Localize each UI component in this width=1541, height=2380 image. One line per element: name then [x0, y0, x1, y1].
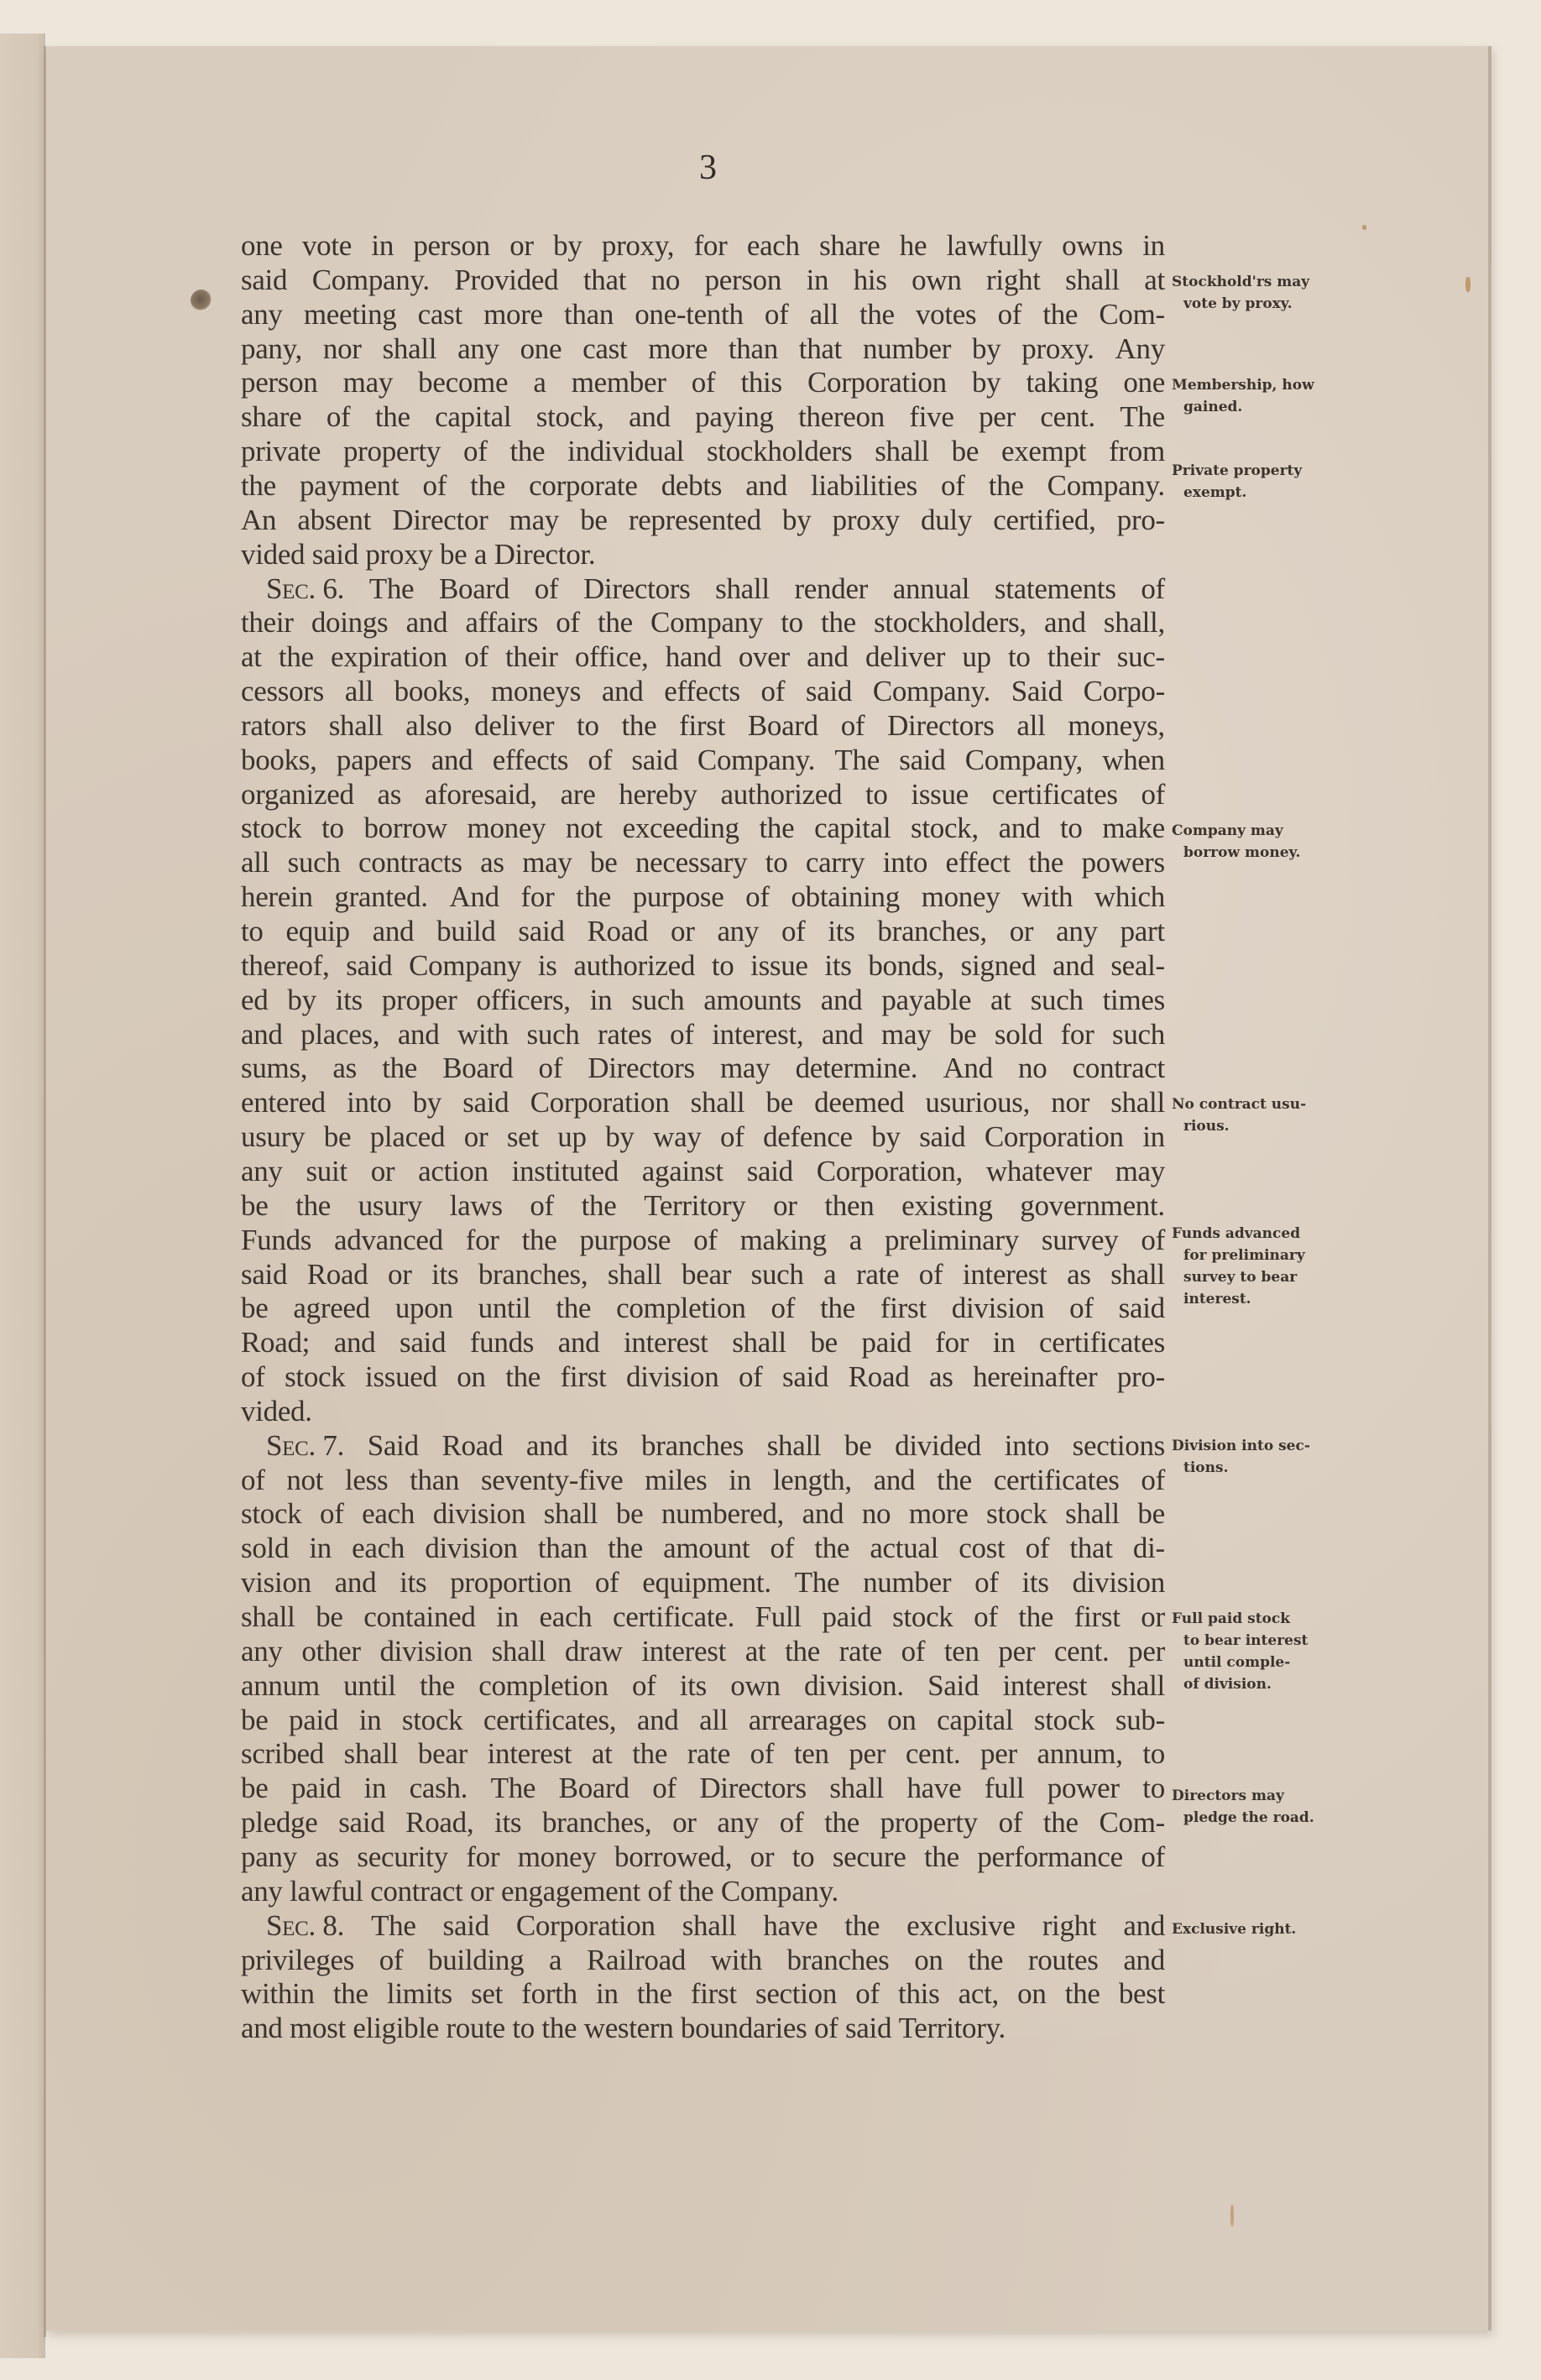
text-line: any lawful contract or engagement of the…: [241, 1874, 1165, 1908]
text-line: usurybeplacedorsetupbywayofdefencebysaid…: [241, 1120, 1165, 1154]
text-line: annumuntilthecompletionofitsowndivision.…: [241, 1668, 1165, 1703]
previous-page-edge: [0, 34, 45, 2358]
binding-hole: [191, 290, 212, 311]
text-line: visionanditsproportionofequipment.Thenum…: [241, 1565, 1165, 1600]
text-line: and most eligible route to the western b…: [241, 2011, 1165, 2045]
margin-note: Exclusive right.: [1172, 1918, 1348, 1940]
margin-note-line: interest.: [1172, 1288, 1348, 1310]
text-line: organizedasaforesaid,areherebyauthorized…: [241, 777, 1165, 812]
margin-note-line: tions.: [1172, 1457, 1348, 1479]
section-label: Sec. 7.: [266, 1428, 344, 1463]
margin-note: Directors maypledge the road.: [1172, 1785, 1348, 1829]
margin-note-line: No contract usu-: [1172, 1093, 1348, 1115]
margin-note-line: Membership, how: [1172, 374, 1348, 396]
margin-note: Stockhold'rs mayvote by proxy.: [1172, 271, 1348, 315]
text-line: saidCompany.Providedthatnopersoninhisown…: [241, 263, 1165, 297]
text-line: sums,astheBoardofDirectorsmaydetermine.A…: [241, 1051, 1165, 1085]
text-line: allsuchcontractsasmaybenecessarytocarryi…: [241, 845, 1165, 879]
margin-note-line: Funds advanced: [1172, 1223, 1348, 1245]
margin-note-line: of division.: [1172, 1673, 1348, 1695]
paper-stain: [1362, 225, 1366, 230]
text-line: shallbecontainedineachcertificate.Fullpa…: [241, 1600, 1165, 1634]
page-number: 3: [699, 148, 717, 188]
margin-note-line: exempt.: [1172, 482, 1348, 504]
margin-note-line: Company may: [1172, 820, 1348, 842]
paper-stain: [1465, 277, 1470, 292]
text-line: vided said proxy be a Director.: [241, 537, 1165, 572]
margin-note-line: Private property: [1172, 460, 1348, 482]
text-line: bepaidincash.TheBoardofDirectorsshallhav…: [241, 1771, 1165, 1805]
margin-note-line: Full paid stock: [1172, 1608, 1348, 1630]
margin-note-line: Division into sec-: [1172, 1435, 1348, 1457]
text-line: stockofeachdivisionshallbenumbered,andno…: [241, 1496, 1165, 1531]
text-line: anyotherdivisionshalldrawinterestatthera…: [241, 1634, 1165, 1668]
margin-note: Division into sec-tions.: [1172, 1435, 1348, 1479]
text-line: edbyitsproperofficers,insuchamountsandpa…: [241, 983, 1165, 1017]
margin-note-line: to bear interest: [1172, 1630, 1348, 1652]
text-line: enteredintobysaidCorporationshallbedeeme…: [241, 1085, 1165, 1120]
text-line: ratorsshallalsodelivertothefirstBoardofD…: [241, 708, 1165, 743]
margin-note: No contract usu-rious.: [1172, 1093, 1348, 1137]
text-line: pany,norshallanyonecastmorethanthatnumbe…: [241, 331, 1165, 366]
margin-note-line: pledge the road.: [1172, 1807, 1348, 1829]
margin-note-line: Exclusive right.: [1172, 1918, 1348, 1940]
paper-stain: [1230, 2205, 1234, 2226]
text-line: vided.: [241, 1394, 1165, 1428]
section-label: Sec. 6.: [266, 572, 344, 606]
margin-note: Full paid stockto bear interestuntil com…: [1172, 1608, 1348, 1695]
text-line: ofstockissuedonthefirstdivisionofsaidRoa…: [241, 1360, 1165, 1394]
text-line: Sec. 6.TheBoardofDirectorsshallrenderann…: [241, 572, 1165, 606]
text-line: AnabsentDirectormayberepresentedbyproxyd…: [241, 503, 1165, 537]
margin-note: Membership, howgained.: [1172, 374, 1348, 418]
section-label: Sec. 8.: [266, 1908, 344, 1943]
text-line: betheusurylawsoftheTerritoryorthenexisti…: [241, 1188, 1165, 1223]
margin-note: Private propertyexempt.: [1172, 460, 1348, 504]
text-line: theirdoingsandaffairsoftheCompanytothest…: [241, 605, 1165, 639]
margin-note-line: until comple-: [1172, 1652, 1348, 1673]
text-line: andplaces,andwithsuchratesofinterest,and…: [241, 1017, 1165, 1052]
text-line: stocktoborrowmoneynotexceedingthecapital…: [241, 811, 1165, 845]
text-line: books,papersandeffectsofsaidCompany.Thes…: [241, 743, 1165, 777]
text-line: thepaymentofthecorporatedebtsandliabilit…: [241, 468, 1165, 503]
text-line: saidRoadoritsbranches,shallbearsucharate…: [241, 1257, 1165, 1292]
text-line: beagreeduponuntilthecompletionofthefirst…: [241, 1291, 1165, 1325]
text-line: thereof,saidCompanyisauthorizedtoissueit…: [241, 948, 1165, 983]
text-line: onevoteinpersonorbyproxy,foreachsharehel…: [241, 228, 1165, 263]
text-line: withinthelimitssetforthinthefirstsection…: [241, 1976, 1165, 2011]
margin-note-line: gained.: [1172, 396, 1348, 418]
margin-note-line: rious.: [1172, 1115, 1348, 1137]
text-line: cessorsallbooks,moneysandeffectsofsaidCo…: [241, 674, 1165, 708]
text-line: hereingranted.Andforthepurposeofobtainin…: [241, 879, 1165, 914]
margin-note-line: Stockhold'rs may: [1172, 271, 1348, 293]
margin-note-line: borrow money.: [1172, 842, 1348, 864]
margin-note: Company mayborrow money.: [1172, 820, 1348, 864]
text-line: toequipandbuildsaidRoadoranyofitsbranche…: [241, 914, 1165, 948]
text-line: Fundsadvancedforthepurposeofmakingapreli…: [241, 1223, 1165, 1257]
text-line: pledgesaidRoad,itsbranches,oranyofthepro…: [241, 1805, 1165, 1840]
text-line: ofnotlessthanseventy-fivemilesinlength,a…: [241, 1463, 1165, 1497]
margin-note-line: Directors may: [1172, 1785, 1348, 1807]
text-line: attheexpirationoftheiroffice,handoverand…: [241, 639, 1165, 674]
text-line: privatepropertyoftheindividualstockholde…: [241, 434, 1165, 468]
margin-note-line: for preliminary: [1172, 1245, 1348, 1266]
text-line: personmaybecomeamemberofthisCorporationb…: [241, 365, 1165, 399]
text-line: panyassecurityformoneyborrowed,ortosecur…: [241, 1840, 1165, 1874]
text-line: scribedshallbearinterestattherateoftenpe…: [241, 1736, 1165, 1771]
margin-note-line: survey to bear: [1172, 1266, 1348, 1288]
text-line: soldineachdivisionthantheamountoftheactu…: [241, 1531, 1165, 1565]
text-line: shareofthecapitalstock,andpayingthereonf…: [241, 399, 1165, 434]
margin-note-line: vote by proxy.: [1172, 293, 1348, 315]
text-line: anymeetingcastmorethanone-tenthofallthev…: [241, 297, 1165, 331]
text-line: bepaidinstockcertificates,andallarrearag…: [241, 1703, 1165, 1737]
text-line: Sec. 8.ThesaidCorporationshallhavetheexc…: [241, 1908, 1165, 1943]
text-line: anysuitoractioninstitutedagainstsaidCorp…: [241, 1154, 1165, 1188]
text-line: privilegesofbuildingaRailroadwithbranche…: [241, 1943, 1165, 1977]
text-line: Sec. 7.SaidRoadanditsbranchesshallbedivi…: [241, 1428, 1165, 1463]
text-line: Road;andsaidfundsandinterestshallbepaidf…: [241, 1325, 1165, 1360]
margin-note: Funds advancedfor preliminarysurvey to b…: [1172, 1223, 1348, 1310]
